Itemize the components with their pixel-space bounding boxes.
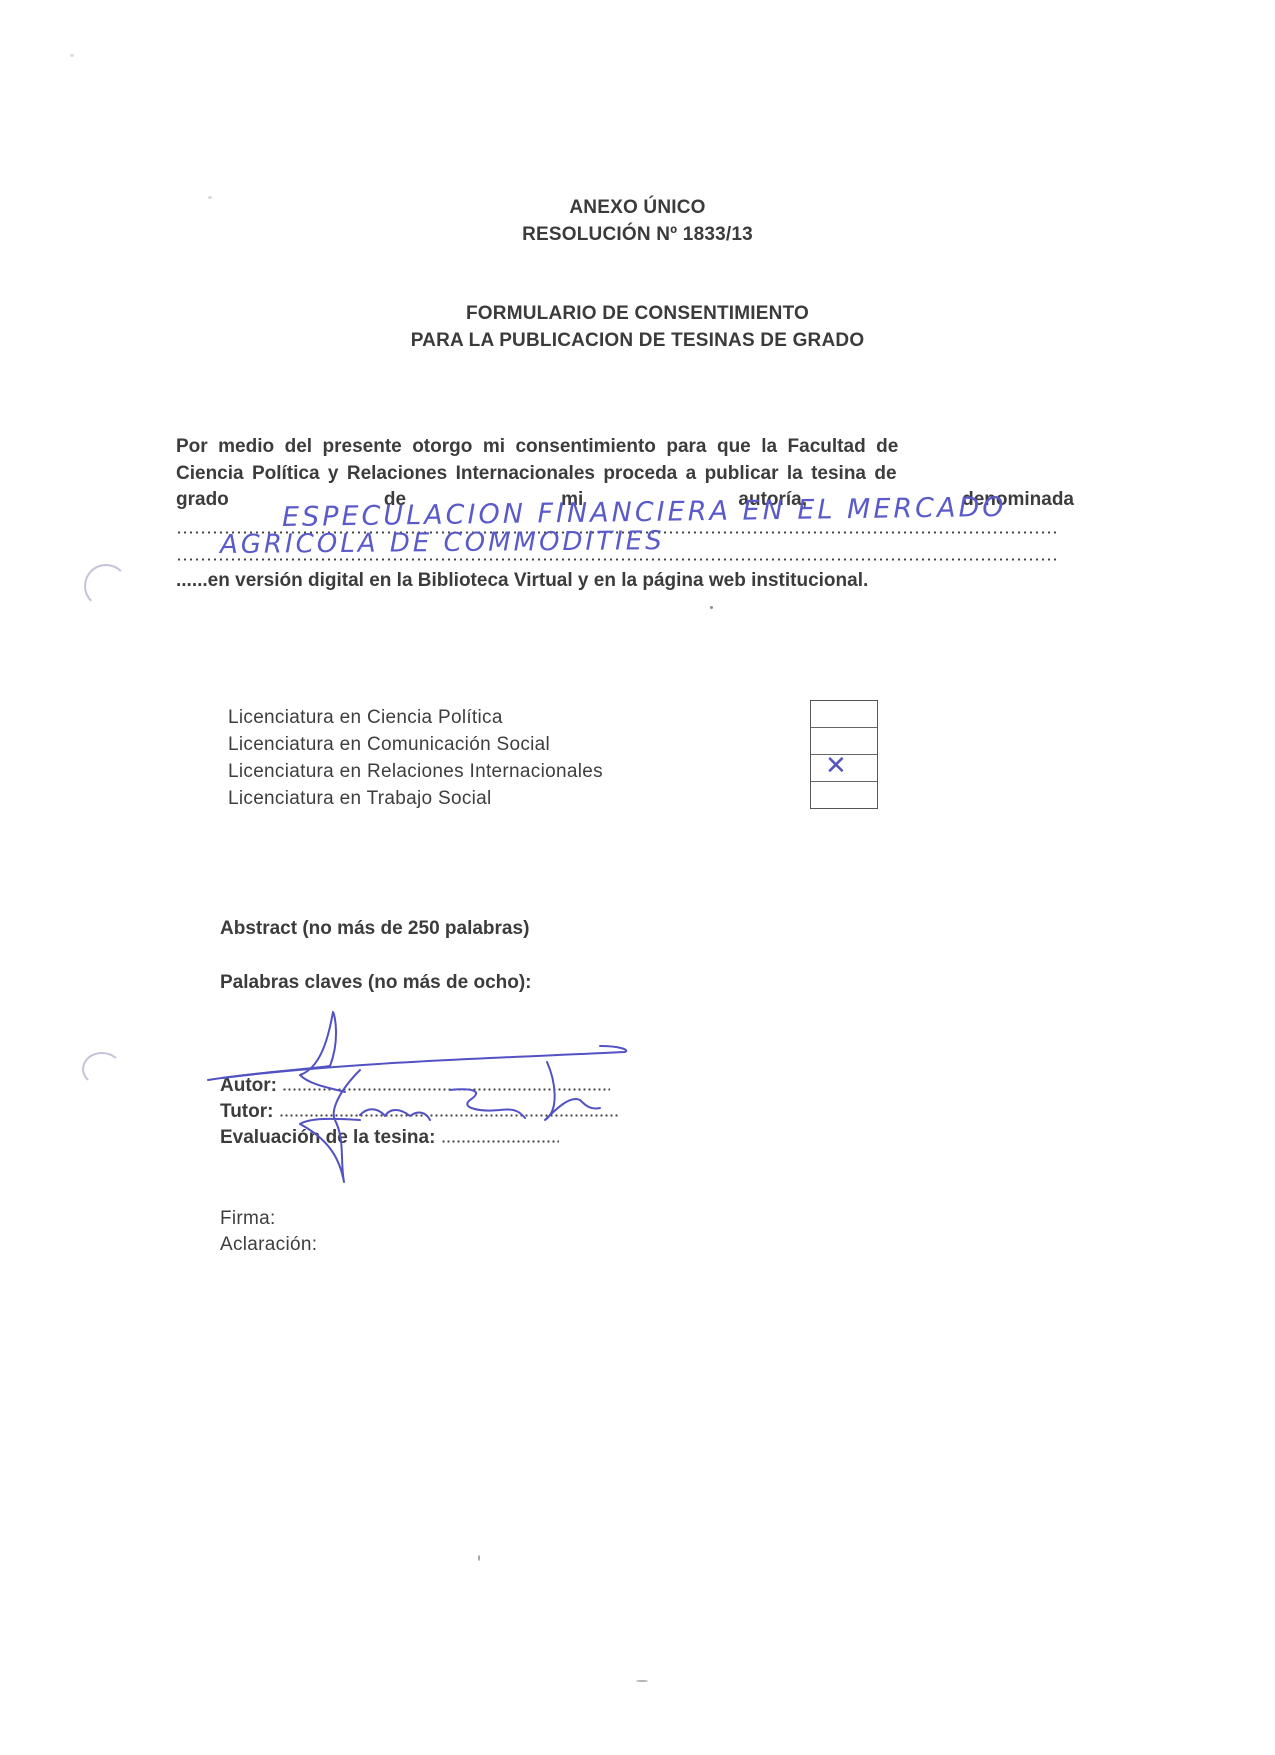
- scan-speck: [478, 1555, 480, 1561]
- author-dotted-line: [282, 1088, 610, 1091]
- degree-checkbox-column: ✕: [810, 700, 878, 809]
- form-title: FORMULARIO DE CONSENTIMIENTO: [0, 303, 1275, 325]
- scan-speck: [70, 54, 74, 57]
- checkbox-ciencia-politica[interactable]: [811, 701, 877, 728]
- evaluation-label: Evaluación de la tesina:: [220, 1127, 435, 1148]
- hole-punch-mark: [84, 564, 128, 608]
- firma-label: Firma:: [220, 1208, 276, 1230]
- handwritten-signature: [0, 0, 1275, 1755]
- evaluation-field[interactable]: Evaluación de la tesina:: [220, 1127, 559, 1149]
- tutor-label: Tutor:: [220, 1101, 273, 1122]
- word-grado: grado: [176, 489, 229, 511]
- checkbox-trabajo-social[interactable]: [811, 782, 877, 808]
- degree-comunicacion-social: Licenciatura en Comunicación Social: [228, 731, 603, 758]
- author-label: Autor:: [220, 1075, 277, 1096]
- hole-punch-mark: [82, 1052, 122, 1086]
- aclaracion-label: Aclaración:: [220, 1234, 317, 1256]
- consent-line-2: Ciencia Política y Relaciones Internacio…: [176, 463, 1074, 485]
- consent-line-final: ......en versión digital en la Bibliotec…: [176, 570, 1074, 592]
- resolution-number: RESOLUCIÓN Nº 1833/13: [0, 224, 1275, 246]
- degree-list: Licenciatura en Ciencia Política Licenci…: [228, 704, 603, 812]
- scan-speck: [208, 196, 212, 199]
- checkbox-relaciones-internacionales[interactable]: ✕: [811, 755, 877, 782]
- tutor-dotted-line: [279, 1114, 619, 1117]
- evaluation-dotted-line: [441, 1140, 559, 1143]
- scan-speck: [710, 606, 713, 609]
- degree-ciencia-politica: Licenciatura en Ciencia Política: [228, 704, 603, 731]
- scan-speck: [636, 1680, 648, 1682]
- tutor-field[interactable]: Tutor:: [220, 1101, 619, 1123]
- keywords-label: Palabras claves (no más de ocho):: [220, 972, 532, 994]
- abstract-label: Abstract (no más de 250 palabras): [220, 918, 529, 940]
- degree-relaciones-internacionales: Licenciatura en Relaciones Internacional…: [228, 758, 603, 785]
- consent-line-1: Por medio del presente otorgo mi consent…: [176, 436, 1074, 458]
- author-field[interactable]: Autor:: [220, 1075, 610, 1097]
- degree-trabajo-social: Licenciatura en Trabajo Social: [228, 785, 603, 812]
- form-subtitle: PARA LA PUBLICACION DE TESINAS DE GRADO: [0, 330, 1275, 352]
- check-mark-icon: ✕: [825, 751, 847, 781]
- handwritten-title-line-2[interactable]: AGRICOLA DE COMMODITIES: [220, 526, 665, 560]
- annex-title: ANEXO ÚNICO: [0, 197, 1275, 219]
